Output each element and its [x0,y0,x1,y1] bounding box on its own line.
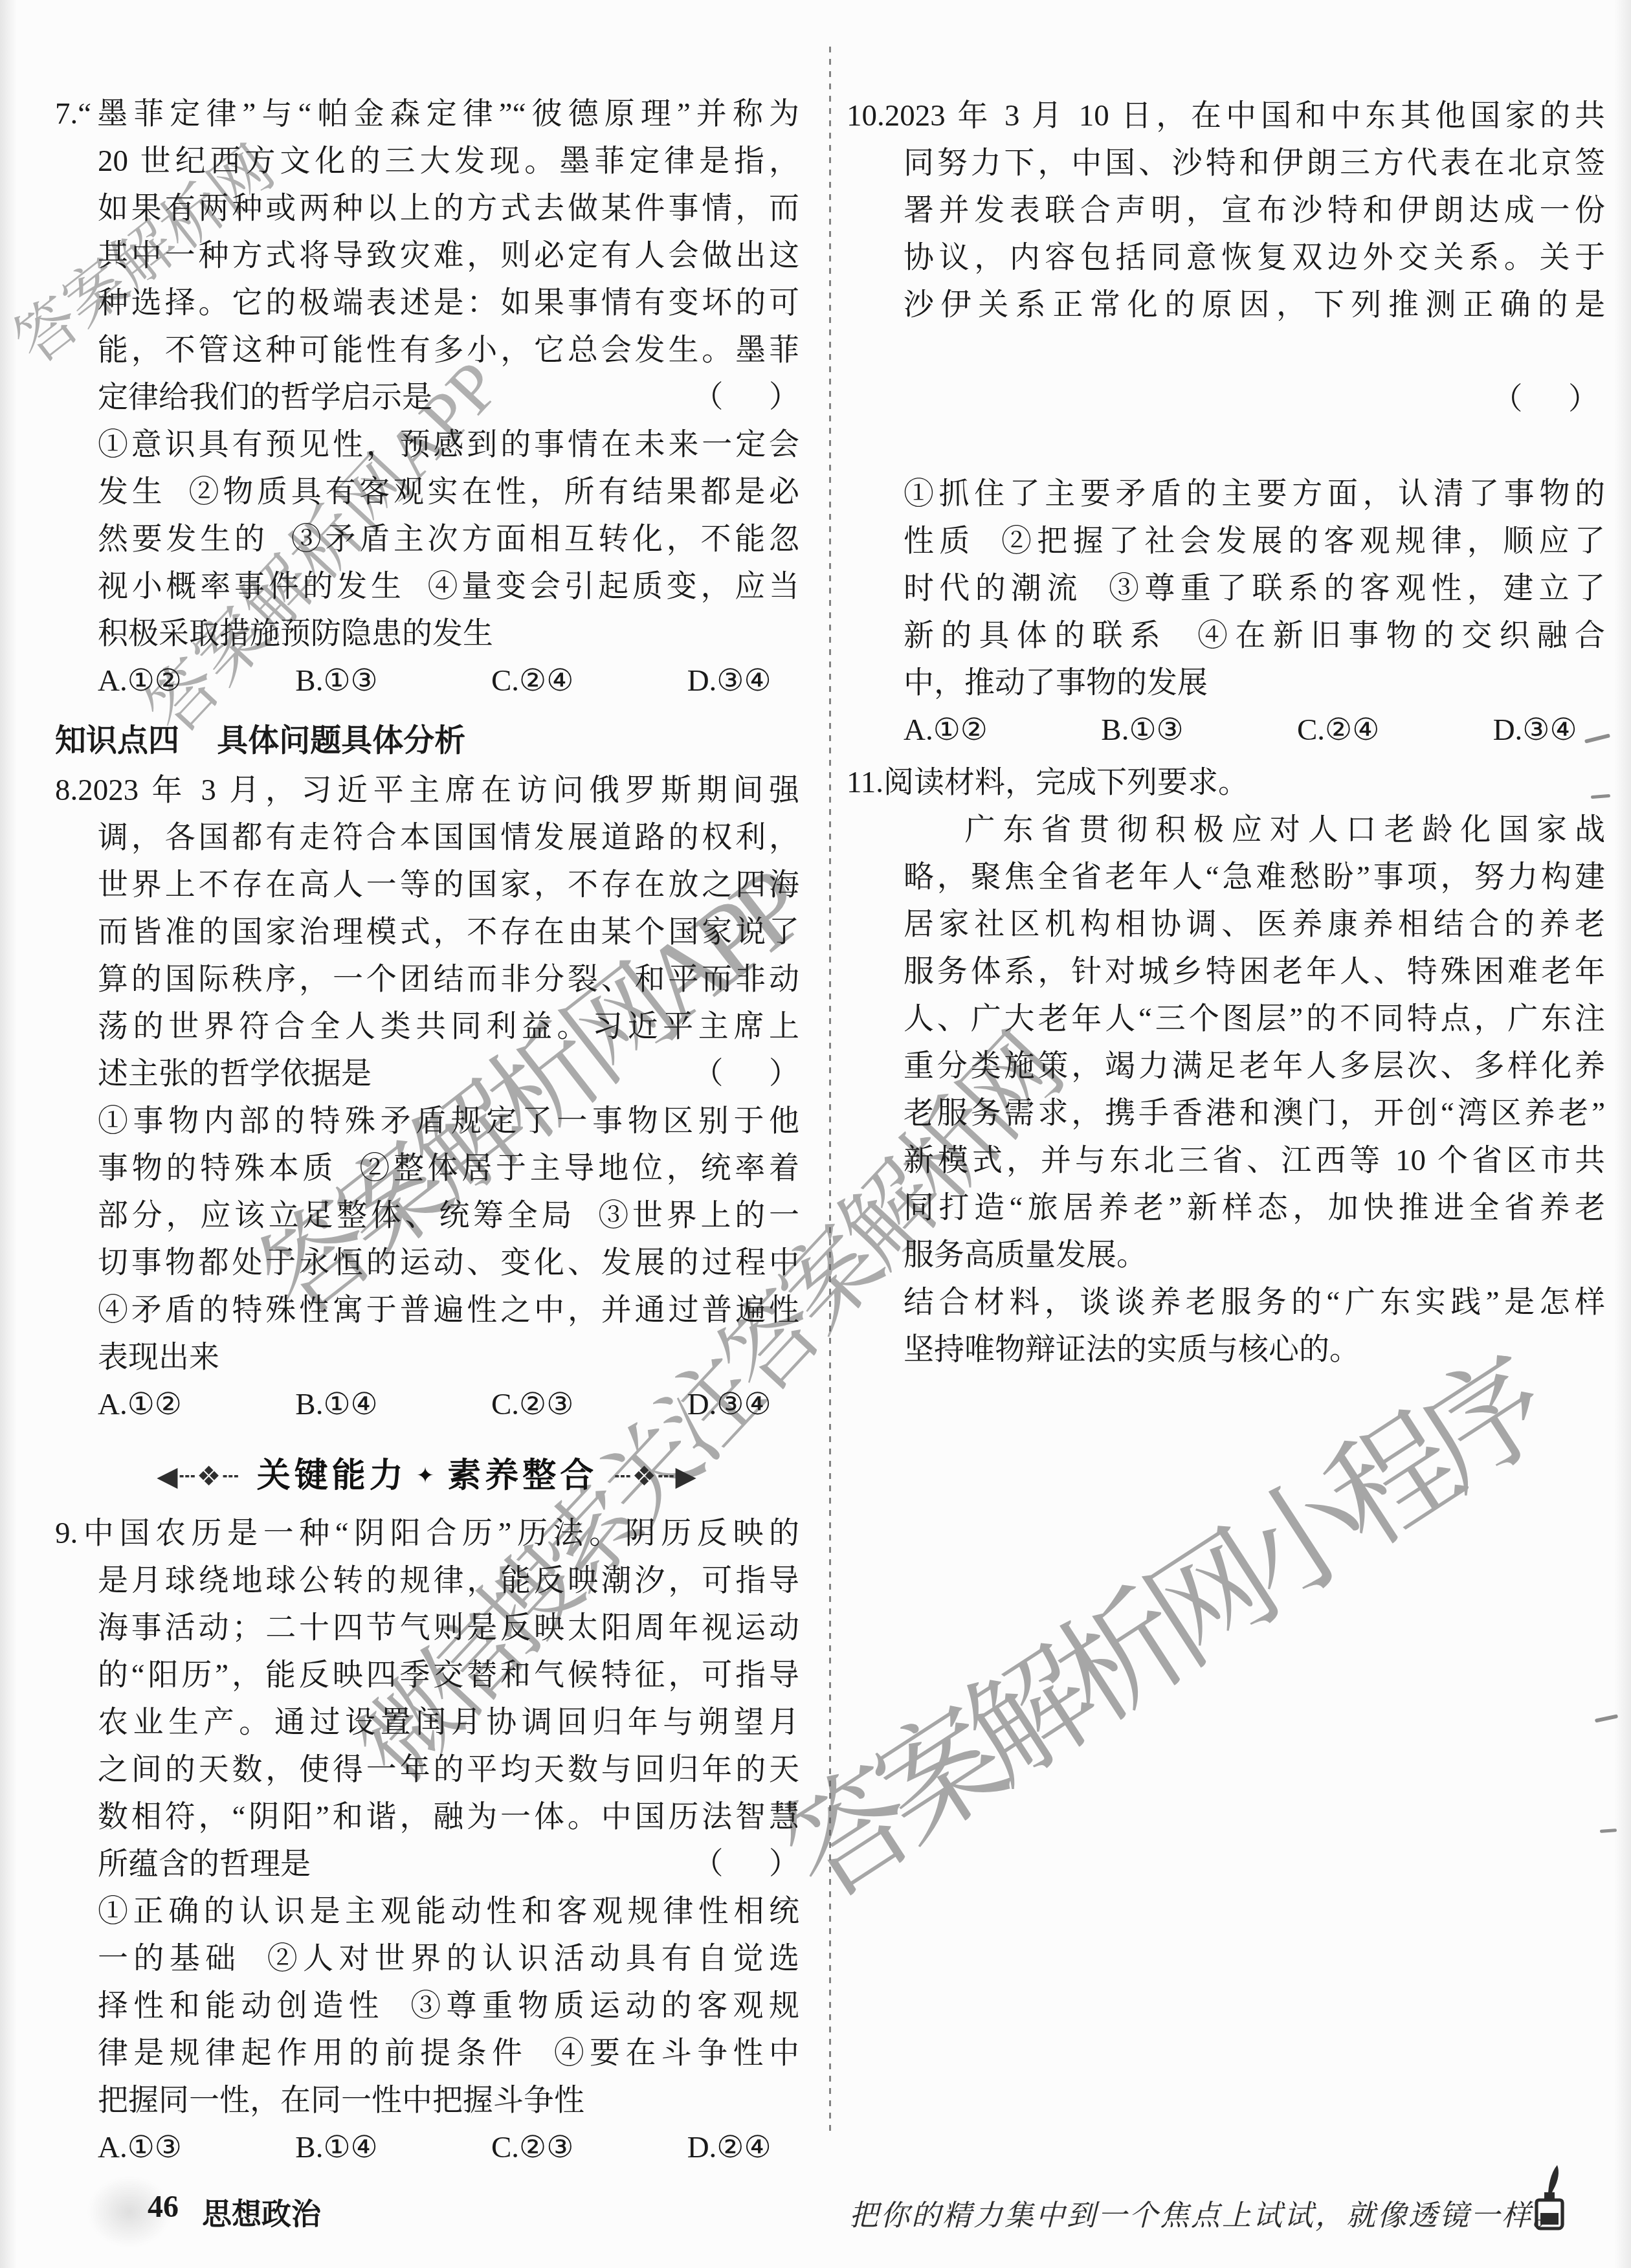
text-line: 沙伊关系正常化的原因，下列推测正确的是 [904,282,1605,329]
text-line: 如果有两种或两种以上的方式去做某件事情，而 [98,185,799,232]
text-line: 数相符，“阴阳”和谐，融为一体。中国历法智慧 [98,1794,799,1841]
text-line: 算的国际秩序，一个团结而非分裂、和平而非动 [98,956,799,1003]
text-line: 服务体系，针对城乡特困老年人、特殊困难老年 [904,948,1605,995]
options-row: A.①② B.①③ C.②④ D.③④ [904,707,1577,754]
text-line: 而皆准的国家治理模式，不存在由某个国家说了 [98,909,799,956]
text-line: 把握同一性，在同一性中把握斗争性 [98,2077,799,2124]
answer-parentheses: （ ） [693,1051,800,1098]
option-b: B.①④ [295,1381,377,1429]
text-line: 荡的世界符合全人类共同利益。习近平主席上 [98,1003,799,1051]
ability-section-title: 关键能力 ✦ 素养整合 [257,1452,598,1500]
option-c: C.②④ [1297,707,1379,754]
stem-end-text: 述主张的哲学依据是 [98,1051,372,1098]
text-line: 之间的天数，使得一年的平均天数与回归年的天 [98,1746,799,1794]
ability-title-right: 素养整合 [447,1452,597,1500]
text-line: 略，聚焦全省老年人“急难愁盼”事项，努力构建 [904,854,1605,901]
diamond-separator-icon: ✦ [416,1452,439,1500]
text-line: 世界上不存在高人一等的国家，不存在放之四海 [98,862,799,909]
ink-pen-icon [1522,2162,1574,2233]
options-row: A.①② B.①③ C.②④ D.③④ [98,658,771,705]
option-b: B.①③ [1101,707,1183,754]
stem-end-line: 定律给我们的哲学启示是 （ ） [98,374,799,421]
option-b: B.①③ [295,658,377,705]
text-line: 农业生产。通过设置闰月协调回归年与朔望月 [98,1699,799,1746]
left-column: 7.“墨菲定律”与“帕金森定律”“彼德原理”并称为 20 世纪西方文化的三大发现… [55,91,799,2172]
text-line: 表现出来 [98,1334,799,1381]
text-line: 坚持唯物辩证法的实质与核心的。 [904,1326,1605,1373]
text-line: 发生 ②物质具有客观实在性，所有结果都是必 [98,469,799,516]
option-c: C.②③ [491,1381,573,1429]
ability-title-left: 关键能力 [257,1452,407,1500]
text-line: 种选择。它的极端表述是：如果事情有变坏的可 [98,280,799,327]
option-a: A.①② [98,1381,182,1429]
text-line: 积极采取措施预防隐患的发生 [98,610,799,658]
option-d: D.③④ [1493,707,1577,754]
text-line: 广东省贯彻积极应对人口老龄化国家战 [904,806,1605,854]
text-line: 然要发生的 ③矛盾主次方面相互转化，不能忽 [98,516,799,563]
text-line: ①意识具有预见性，预感到的事情在未来一定会 [98,421,799,469]
text-line: ①抓住了主要矛盾的主要方面，认清了事物的 [904,471,1605,518]
text-line: 时代的潮流 ③尊重了联系的客观性，建立了 [904,565,1605,612]
text-line: 是月球绕地球公转的规律，能反映潮汐，可指导 [98,1557,799,1605]
footer-motto: 把你的精力集中到一个焦点上试试，就像透镜一样。 [849,2192,1564,2234]
question-10: 10.2023 年 3 月 10 日，在中国和中东其他国家的共 同努力下，中国、… [847,93,1605,754]
options-row: A.①③ B.①④ C.②③ D.②④ [98,2124,771,2172]
text-line: 律是规律起作用的前提条件 ④要在斗争性中 [98,2030,799,2077]
text-line: 协议，内容包括同意恢复双边外交关系。关于 [904,234,1605,282]
answer-parentheses: （ ） [693,1841,800,1888]
question-8: 8.2023 年 3 月，习近平主席在访问俄罗斯期间强 调，各国都有走符合本国国… [55,767,799,1429]
watermark-text: 答案解析网小程序 [745,1313,1568,1933]
knowledge-point-label: 知识点四 [55,724,179,758]
text-line: ①正确的认识是主观能动性和客观规律性相统 [98,1888,799,1935]
text-line: 同打造“旅居养老”新样态，加快推进全省养老 [904,1184,1605,1232]
stem-end-text: 定律给我们的哲学启示是 [98,374,432,421]
text-line: 服务高质量发展。 [904,1232,1605,1279]
question-7: 7.“墨菲定律”与“帕金森定律”“彼德原理”并称为 20 世纪西方文化的三大发现… [55,91,799,705]
text-line: 能，不管这种可能性有多小，它总会发生。墨菲 [98,327,799,374]
option-c: C.②③ [491,2124,573,2172]
knowledge-point-title: 具体问题具体分析 [217,724,465,758]
option-a: A.①③ [98,2124,182,2172]
text-line: 居家社区机构相协调、医养康养相结合的养老 [904,901,1605,948]
text-line: 切事物都处于永恒的运动、变化、发展的过程中 [98,1240,799,1287]
option-d: D.③④ [687,658,771,705]
text-line: ④矛盾的特殊性寓于普遍性之中，并通过普遍性 [98,1287,799,1334]
text-line: 结合材料，谈谈养老服务的“广东实践”是怎样 [904,1279,1605,1326]
stem-end-line: 所蕴含的哲理是 （ ） [98,1841,799,1888]
text-line: 10.2023 年 3 月 10 日，在中国和中东其他国家的共 [904,93,1605,140]
text-line: 署并发表联合声明，宣布沙特和伊朗达成一份 [904,187,1605,234]
answer-parentheses: （ ） [1492,383,1599,416]
options-row: A.①② B.①④ C.②③ D.③④ [98,1381,771,1429]
ornament-left-icon: ◀┄❖┄ [157,1452,240,1500]
text-line: 8.2023 年 3 月，习近平主席在访问俄罗斯期间强 [98,767,799,814]
option-d: D.②④ [687,2124,771,2172]
text-line: 新模式，并与东北三省、江西等 10 个省区市共 [904,1137,1605,1184]
subject-label: 思想政治 [202,2190,321,2233]
ability-section-header: ◀┄❖┄ 关键能力 ✦ 素养整合 ┄❖┄▶ [55,1450,799,1502]
option-a: A.①② [98,658,182,705]
text-line: 7.“墨菲定律”与“帕金森定律”“彼德原理”并称为 [98,91,799,138]
answer-parentheses: （ ） [693,374,800,421]
answer-parentheses-line: （ ） [904,329,1605,471]
stem-end-line: 述主张的哲学依据是 （ ） [98,1051,799,1098]
text-line: 同努力下，中国、沙特和伊朗三方代表在北京签 [904,140,1605,187]
stem-end-text: 所蕴含的哲理是 [98,1841,311,1888]
text-line: 事物的特殊本质 ②整体居于主导地位，统率着 [98,1145,799,1192]
text-line: 新的具体的联系 ④在新旧事物的交织融合 [904,612,1605,660]
text-line: 海事活动；二十四节气则是反映太阳周年视运动 [98,1605,799,1652]
scan-edge-shading [1614,0,1631,2268]
text-line: 9.中国农历是一种“阴阳合历”历法。阴历反映的 [98,1510,799,1557]
text-line: 性质 ②把握了社会发展的客观规律，顺应了 [904,518,1605,565]
text-line: 人、广大老年人“三个图层”的不同特点，广东注 [904,995,1605,1043]
text-line: 的“阳历”，能反映四季交替和气候特征，可指导 [98,1652,799,1699]
page-number: 46 [148,2189,179,2225]
option-d: D.③④ [687,1381,771,1429]
question-11: 11.阅读材料，完成下列要求。 广东省贯彻积极应对人口老龄化国家战 略，聚焦全省… [847,759,1605,1373]
workbook-page: 答案解析网 答案解析网APP 答案解析网APP 微信搜索关注答案解析网 答案解析… [0,0,1631,2268]
text-line: 20 世纪西方文化的三大发现。墨菲定律是指， [98,138,799,185]
option-a: A.①② [904,707,988,754]
text-line: 中，推动了事物的发展 [904,660,1605,707]
option-c: C.②④ [491,658,573,705]
text-line: 11.阅读材料，完成下列要求。 [904,759,1605,806]
text-line: 一的基础 ②人对世界的认识活动具有自觉选 [98,1935,799,1983]
ornament-right-icon: ┄❖┄▶ [614,1452,698,1500]
text-line: 部分，应该立足整体、统筹全局 ③世界上的一 [98,1192,799,1240]
text-line: 视小概率事件的发生 ④量变会引起质变，应当 [98,563,799,610]
text-line: ①事物内部的特殊矛盾规定了一事物区别于他 [98,1098,799,1145]
column-divider [829,47,831,2132]
option-b: B.①④ [295,2124,377,2172]
text-line: 择性和能动创造性 ③尊重物质运动的客观规 [98,1983,799,2030]
text-line: 其中一种方式将导致灾难，则必定有人会做出这 [98,232,799,280]
text-line: 老服务需求，携手香港和澳门，开创“湾区养老” [904,1090,1605,1137]
text-line: 调，各国都有走符合本国国情发展道路的权利， [98,814,799,862]
knowledge-point-header: 知识点四 具体问题具体分析 [55,717,799,764]
right-column: 10.2023 年 3 月 10 日，在中国和中东其他国家的共 同努力下，中国、… [847,93,1605,1373]
scan-artifact [1595,1714,1618,1722]
text-line: 重分类施策，竭力满足老年人多层次、多样化养 [904,1043,1605,1090]
question-9: 9.中国农历是一种“阴阳合历”历法。阴历反映的 是月球绕地球公转的规律，能反映潮… [55,1510,799,2172]
scan-artifact [1600,1829,1617,1833]
scan-edge-shading [0,0,17,2268]
